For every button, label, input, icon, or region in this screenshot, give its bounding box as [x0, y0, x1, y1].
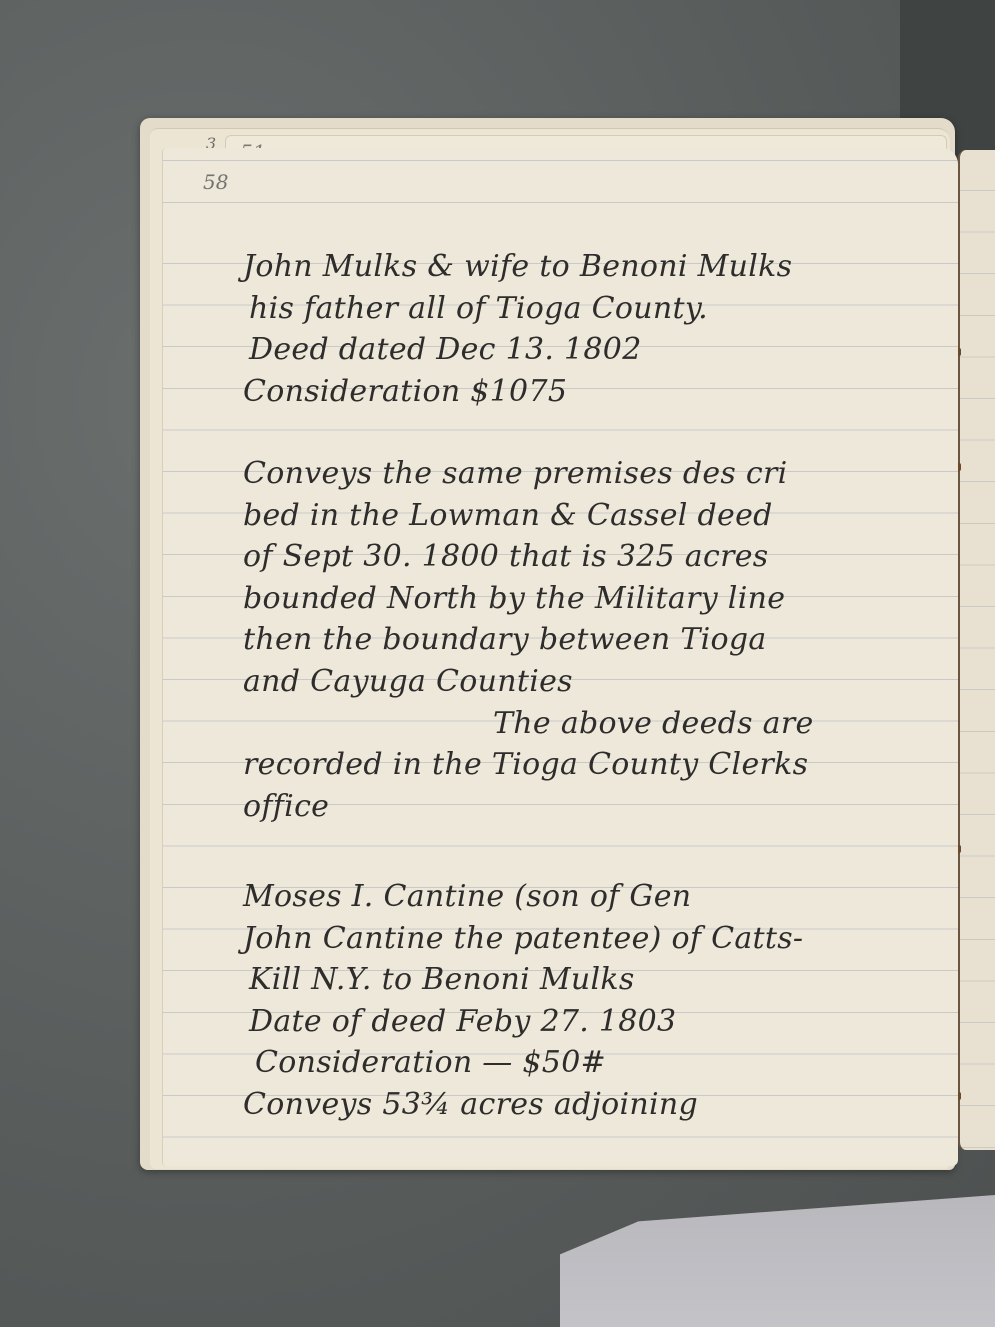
entry-conveyance-description: Conveys the same premises des cri bed in… [243, 453, 943, 827]
entry-line: Consideration $1075 [243, 371, 943, 413]
entry-mulks-deed: John Mulks & wife to Benoni Mulks his fa… [243, 246, 943, 412]
entry-line: and Cayuga Counties [243, 661, 943, 703]
entry-line: Deed dated Dec 13. 1802 [243, 329, 943, 371]
entry-line: Conveys 53¾ acres adjoining [243, 1084, 943, 1126]
entry-line: Kill N.Y. to Benoni Mulks [243, 959, 943, 1001]
entry-line: his father all of Tioga County. [243, 288, 943, 330]
entry-line: bounded North by the Military line [243, 578, 943, 620]
page-number: 58 [203, 170, 228, 194]
entry-line: The above deeds are [243, 703, 943, 745]
entry-line: office [243, 786, 943, 828]
entry-line: bed in the Lowman & Cassel deed [243, 495, 943, 537]
entry-line: Consideration — $50# [243, 1042, 943, 1084]
entry-line: then the boundary between Tioga [243, 619, 943, 661]
entry-line: of Sept 30. 1800 that is 325 acres [243, 536, 943, 578]
entry-line: Moses I. Cantine (son of Gen [243, 876, 943, 918]
ledger-page: 58 John Mulks & wife to Benoni Mulks his… [162, 148, 958, 1166]
entry-line: recorded in the Tioga County Clerks [243, 744, 943, 786]
facing-page-edge [958, 150, 995, 1150]
entry-line: John Mulks & wife to Benoni Mulks [243, 246, 943, 288]
entry-line: John Cantine the patentee) of Catts- [243, 918, 943, 960]
entry-line: Date of deed Feby 27. 1803 [243, 1001, 943, 1043]
entry-cantine-deed: Moses I. Cantine (son of Gen John Cantin… [243, 876, 943, 1126]
entry-line: Conveys the same premises des cri [243, 453, 943, 495]
